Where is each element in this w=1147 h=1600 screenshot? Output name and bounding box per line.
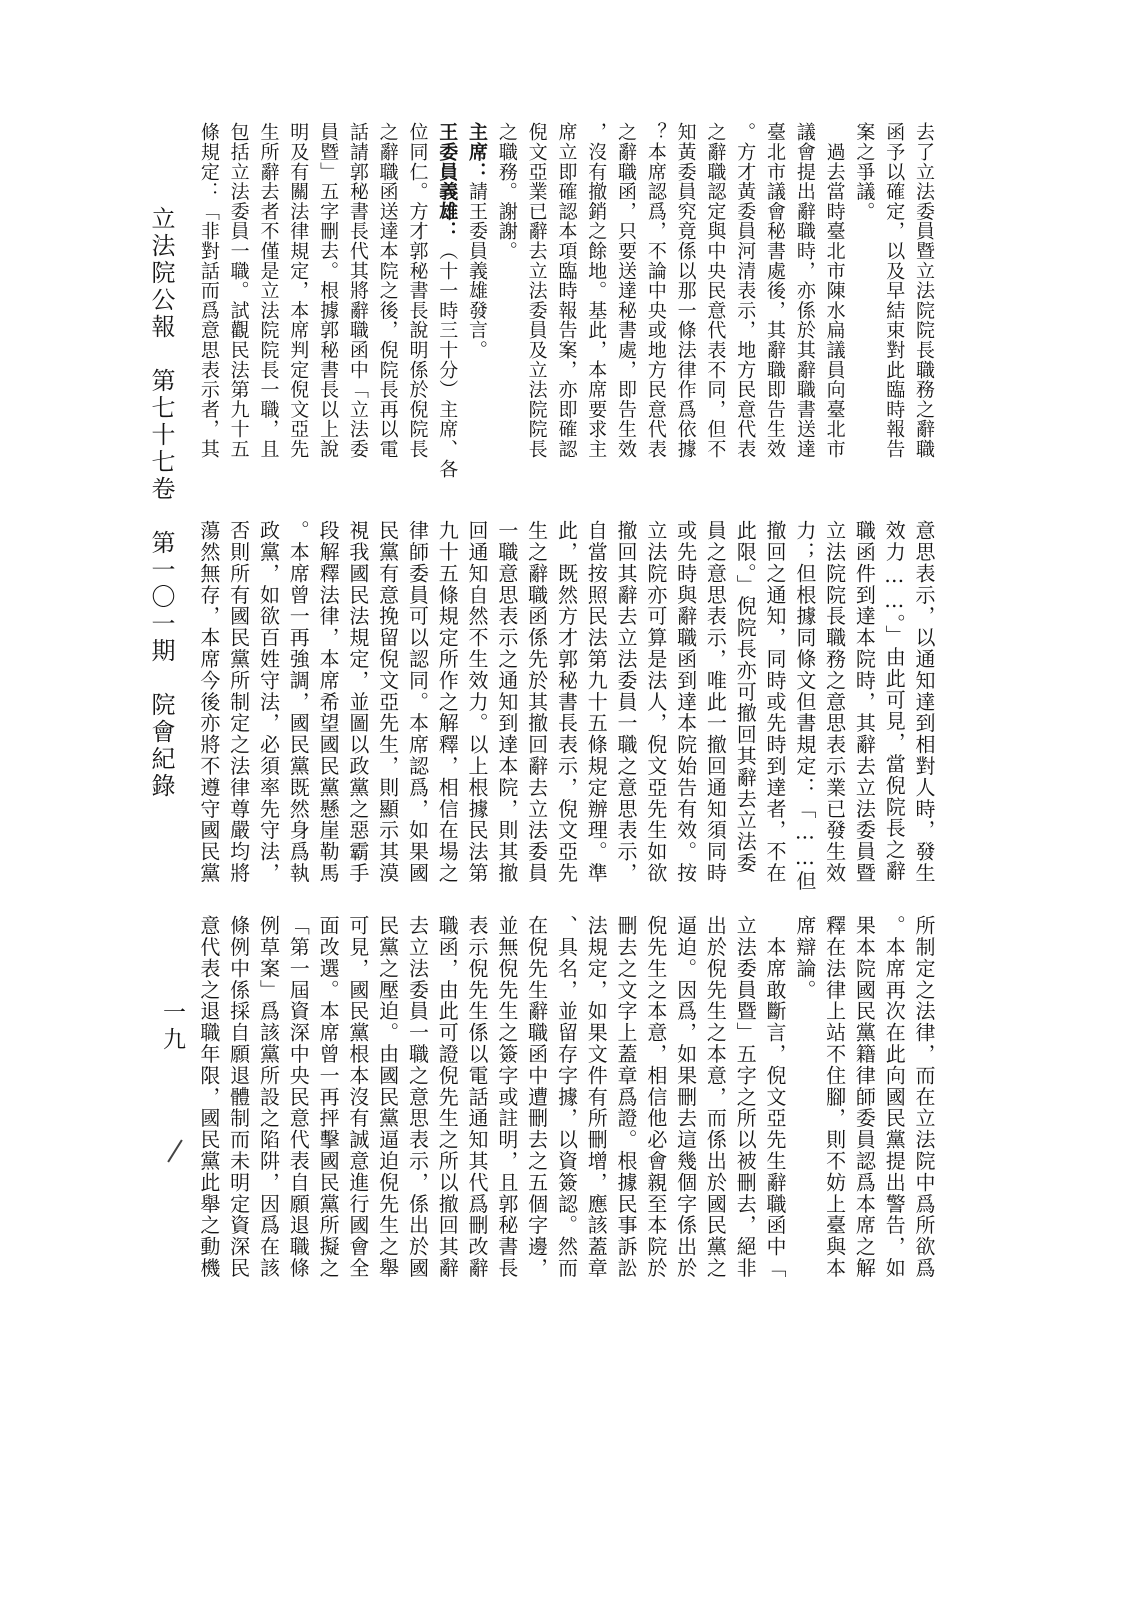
text-column: 視我國民法規定，並圖以政黨之惡霸手 [342, 520, 372, 888]
text-column: 力；但根據同條文但書規定：「……但 [789, 520, 819, 888]
text-column: 之辭職函送達本院之後，倪院長再以電 [372, 122, 402, 464]
text-column: 生之辭職函係先於其撤回辭去立法委員 [521, 520, 551, 888]
text-column: 撤回其辭去立法委員一職之意思表示， [610, 520, 640, 888]
text-column: 倪文亞業已辭去立法委員及立法院院長 [521, 122, 551, 464]
text-column: 此限。」倪院長亦可撤回其辭去立法委 [729, 520, 759, 888]
text-column: 知黃委員究竟係以那一條法律作爲依據 [670, 122, 700, 464]
text-column: 去了立法委員暨立法院院長職務之辭職 [908, 122, 938, 464]
text-column: 釋在法律上站不住腳，則不妨上臺與本 [819, 915, 849, 1283]
text-column: 法規定，如果文件有所刪增，應該蓋章 [580, 915, 610, 1283]
text-column: 之職務。謝謝。 [491, 122, 521, 464]
text-column: 立法委員暨」五字之所以被刪去，絕非 [729, 915, 759, 1283]
text-column: 所制定之法律，而在立法院中爲所欲爲 [908, 915, 938, 1283]
text-column: 席立即確認本項臨時報告案，亦即確認 [551, 122, 581, 464]
text-band-bottom: 所制定之法律，而在立法院中爲所欲爲。本席再次在此向國民黨提出警告，如果本院國民黨… [193, 915, 938, 1283]
text-column: 之辭職函，只要送達秘書處，即告生效 [610, 122, 640, 464]
text-column: 職函件到達本院時，其辭去立法委員暨 [849, 520, 879, 888]
text-column: 函予以確定，以及早結束對此臨時報告 [878, 122, 908, 464]
gazette-page: 立法院公報 第七十七卷 第一〇一期 院會紀錄 一九 去了立法委員暨立法院院長職務… [0, 0, 1147, 1600]
text-column: 位同仁。方才郭秘書長說明係於倪院長 [402, 122, 432, 464]
text-column: 意代表之退職年限，國民黨此舉之動機 [193, 915, 223, 1283]
text-column: 例草案」爲該黨所設之陷阱，因爲在該 [253, 915, 283, 1283]
text-column: 議會提出辭職時，亦係於其辭職書送達 [789, 122, 819, 464]
text-column: 倪先生之本意，相信他必會親至本院於 [640, 915, 670, 1283]
text-band-middle: 意思表示，以通知達到相對人時，發生效力……。」由此可見，當倪院長之辭職函件到達本… [193, 520, 938, 888]
text-column: 自當按照民法第九十五條規定辦理。準 [580, 520, 610, 888]
text-column: 去立法委員一職之意思表示，係出於國 [402, 915, 432, 1283]
text-column: 律師委員可以認同。本席認爲，如果國 [402, 520, 432, 888]
page-number: 一九 [156, 1000, 189, 1060]
text-column: 主席：請王委員義雄發言。 [461, 122, 491, 464]
text-column: 。本席曾一再強調，國民黨既然身爲執 [282, 520, 312, 888]
text-column: 案之爭議。 [849, 122, 879, 464]
stray-pen-mark [167, 1139, 182, 1162]
text-column: 明及有關法律規定，本席判定倪文亞先 [282, 122, 312, 464]
text-column: 在倪先生辭職函中遭刪去之五個字邊， [521, 915, 551, 1283]
text-column: 政黨，如欲百姓守法，必須率先守法， [253, 520, 283, 888]
text-column: 一職意思表示之通知到達本院，則其撤 [491, 520, 521, 888]
text-column: 條例中係採自願退體制而未明定資深民 [223, 915, 253, 1283]
text-column: 逼迫。因爲，如果刪去這幾個字係出於 [670, 915, 700, 1283]
text-column: ，沒有撤銷之餘地。基此，本席要求主 [580, 122, 610, 464]
text-column: 並無倪先生之簽字或註明，且郭秘書長 [491, 915, 521, 1283]
text-column: 過去當時臺北市陳水扁議員向臺北市 [819, 122, 849, 464]
text-column: 可見，國民黨根本沒有誠意進行國會全 [342, 915, 372, 1283]
text-column: 話請郭秘書長代其將辭職函中「立法委 [342, 122, 372, 464]
text-column: 。本席再次在此向國民黨提出警告，如 [878, 915, 908, 1283]
text-column: 民黨有意挽留倪文亞先生，則顯示其漠 [372, 520, 402, 888]
text-column: 條規定：「非對話而爲意思表示者，其 [193, 122, 223, 464]
text-column: 此，既然方才郭秘書長表示，倪文亞先 [551, 520, 581, 888]
text-column: 臺北市議會秘書處後，其辭職即告生效 [759, 122, 789, 464]
text-column: 蕩然無存，本席今後亦將不遵守國民黨 [193, 520, 223, 888]
text-column: 否則所有國民黨所制定之法律尊嚴均將 [223, 520, 253, 888]
text-column: 包括立法委員一職。試觀民法第九十五 [223, 122, 253, 464]
text-column: 、具名，並留存字據，以資簽認。然而 [551, 915, 581, 1283]
text-column: 之辭職認定與中央民意代表不同，但不 [700, 122, 730, 464]
text-column: 本席敢斷言，倪文亞先生辭職函中「 [759, 915, 789, 1283]
text-column: ？本席認爲，不論中央或地方民意代表 [640, 122, 670, 464]
text-column: 職函，由此可證倪先生之所以撤回其辭 [431, 915, 461, 1283]
text-column: 面改選。本席曾一再抨擊國民黨所擬之 [312, 915, 342, 1283]
text-column: 果本院國民黨籍律師委員認爲本席之解 [849, 915, 879, 1283]
text-column: 刪去之文字上蓋章爲證。根據民事訴訟 [610, 915, 640, 1283]
text-column: 生所辭去者不僅是立法院院長一職，且 [253, 122, 283, 464]
text-column: 立法院院長職務之意思表示業已發生效 [819, 520, 849, 888]
text-column: 民黨之壓迫。由國民黨逼迫倪先生之舉 [372, 915, 402, 1283]
text-column: 席辯論。 [789, 915, 819, 1283]
text-column: 「第一屆資深中央民意代表自願退職條 [282, 915, 312, 1283]
text-column: 或先時與辭職函到達本院始告有效。按 [670, 520, 700, 888]
journal-header: 立法院公報 第七十七卷 第一〇一期 院會紀錄 [144, 206, 179, 676]
text-column: 意思表示，以通知達到相對人時，發生 [908, 520, 938, 888]
text-column: 撤回之通知，同時或先時到達者，不在 [759, 520, 789, 888]
text-column: 員暨」五字刪去。根據郭秘書長以上說 [312, 122, 342, 464]
text-column: 王委員義雄：（十一時三十分）主席、各 [431, 122, 461, 464]
text-column: 表示倪先生係以電話通知其代爲刪改辭 [461, 915, 491, 1283]
text-column: 段解釋法律，本席希望國民黨懸崖勒馬 [312, 520, 342, 888]
text-column: 。方才黃委員河清表示，地方民意代表 [729, 122, 759, 464]
text-column: 效力……。」由此可見，當倪院長之辭 [878, 520, 908, 888]
text-band-top: 去了立法委員暨立法院院長職務之辭職函予以確定，以及早結束對此臨時報告案之爭議。 … [193, 122, 938, 464]
text-column: 回通知自然不生效力。以上根據民法第 [461, 520, 491, 888]
text-column: 員之意思表示，唯此一撤回通知須同時 [700, 520, 730, 888]
text-column: 立法院亦可算是法人，倪文亞先生如欲 [640, 520, 670, 888]
text-column: 九十五條規定所作之解釋，相信在場之 [431, 520, 461, 888]
text-column: 出於倪先生之本意，而係出於國民黨之 [700, 915, 730, 1283]
